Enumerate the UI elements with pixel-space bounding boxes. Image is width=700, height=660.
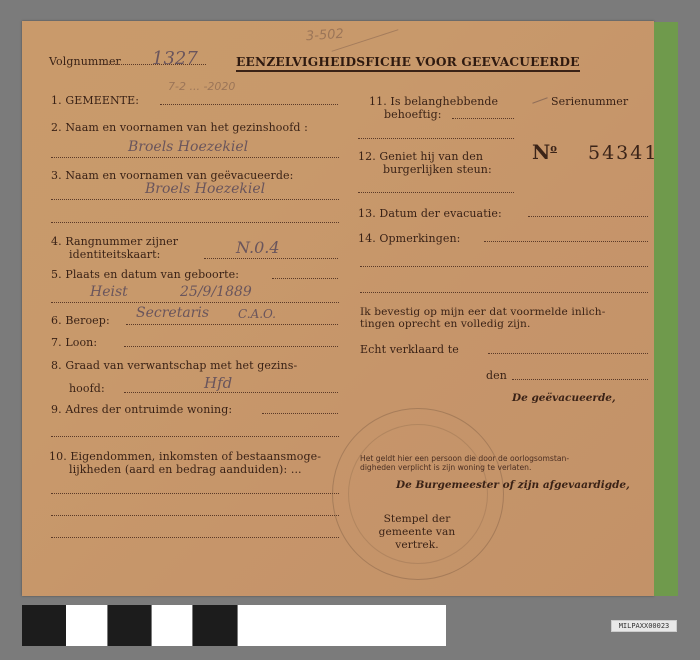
geboortedatum-value: 25/9/1889 (180, 284, 252, 300)
echt-verklaard-field[interactable] (488, 353, 648, 354)
adres-field[interactable] (262, 413, 338, 414)
behoeftig-field[interactable] (452, 118, 514, 119)
opmerkingen-label: Opmerkingen: (379, 232, 460, 245)
mayor-notice: Het geldt hier een persoon die door de o… (360, 454, 569, 472)
field-2-num: 2. (51, 121, 62, 134)
field-1-num: 1. (51, 94, 62, 107)
calibration-black-2 (108, 605, 151, 646)
field-11-num: 11. (369, 95, 387, 108)
beroep-label: Beroep: (65, 314, 109, 327)
field-6-num: 6. (51, 314, 62, 327)
verwantschap-field[interactable] (124, 392, 338, 393)
serienummer-label: Serienummer (551, 95, 628, 108)
verwantschap-value: Hfd (204, 374, 232, 392)
field-3-num: 3. (51, 169, 62, 182)
evacuatie-label: Datum der evacuatie: (379, 207, 501, 220)
field-9-num: 9. (51, 403, 62, 416)
calibration-white-2 (152, 605, 192, 646)
gezinshoofd-value: Broels Hoezekiel (128, 139, 248, 155)
eigendommen-field-line1[interactable] (51, 493, 339, 494)
field-7-num: 7. (51, 336, 62, 349)
calibration-white-3 (238, 605, 446, 646)
geboorte-field-line2[interactable] (51, 302, 339, 303)
stamp-caption: Stempel der gemeente van vertrek. (372, 513, 462, 552)
hoofd-label: hoofd: (69, 382, 105, 395)
den-label: den (486, 369, 507, 382)
number-symbol: No (532, 140, 557, 164)
field-13-num: 13. (358, 207, 376, 220)
beroep-field[interactable] (126, 324, 338, 325)
gezinshoofd-field[interactable] (51, 157, 339, 158)
field-10-num: 10. (49, 450, 67, 463)
identiteitskaart-value: N.0.4 (236, 238, 280, 257)
adres-label: Adres der ontruimde woning: (65, 403, 232, 416)
calibration-white-1 (66, 605, 107, 646)
identiteitskaart-label: identiteitskaart: (69, 248, 160, 261)
gemeente-field[interactable] (160, 104, 338, 105)
geevacueerde-signature-label: De geëvacueerde, (512, 392, 616, 404)
loon-label: Loon: (65, 336, 97, 349)
field-4-num: 4. (51, 235, 62, 248)
declaration-text: Ik bevestig op mijn eer dat voormelde in… (360, 306, 605, 330)
evacuatie-field[interactable] (528, 216, 648, 217)
field-8-num: 8. (51, 359, 62, 372)
volgnummer-value: 1327 (152, 48, 198, 69)
geevacueerde-field-line2[interactable] (51, 222, 339, 223)
behoeftig-label: Is belanghebbende (390, 95, 498, 108)
echt-verklaard-label: Echt verklaard te (360, 343, 459, 356)
green-edge-strip (654, 22, 678, 596)
geevacueerde-value: Broels Hoezekiel (145, 181, 265, 197)
serienummer-value: 54341 (588, 142, 658, 164)
eigendommen-field-line3[interactable] (51, 537, 339, 538)
opmerkingen-field-line3[interactable] (360, 292, 648, 293)
adres-field-line2[interactable] (51, 436, 339, 437)
archive-reference-label: MILPAXX00023 (611, 620, 677, 632)
calibration-black-1 (22, 605, 66, 646)
opmerkingen-field[interactable] (484, 241, 648, 242)
eigendommen-field-line2[interactable] (51, 515, 339, 516)
behoeftig-label-2: behoeftig: (384, 108, 442, 121)
eigendommen-label: Eigendommen, inkomsten of bestaansmoge- (70, 450, 321, 463)
field-12-num: 12. (358, 150, 376, 163)
volgnummer-label: Volgnummer (49, 55, 121, 68)
opmerkingen-field-line2[interactable] (360, 266, 648, 267)
den-field[interactable] (512, 379, 648, 380)
steun-field[interactable] (358, 192, 514, 193)
verwantschap-label: Graad van verwantschap met het gezins- (65, 359, 297, 372)
geboorteplaats-value: Heist (90, 284, 128, 300)
burgemeester-signature-label: De Burgemeester of zijn afgevaardigde, (396, 479, 630, 491)
loon-field[interactable] (124, 346, 338, 347)
geboorte-field[interactable] (272, 278, 338, 279)
archive-mark: 3-502 (306, 27, 345, 45)
gemeente-label: GEMEENTE: (65, 94, 139, 107)
beroep-value-2: C.A.O. (238, 307, 276, 321)
behoeftig-field-line2[interactable] (358, 138, 514, 139)
geevacueerde-field[interactable] (51, 199, 339, 200)
steun-label: Geniet hij van den (379, 150, 483, 163)
rangnummer-label: Rangnummer zijner (65, 235, 178, 248)
gezinshoofd-label: Naam en voornamen van het gezinshoofd : (65, 121, 308, 134)
form-title: EENZELVIGHEIDSFICHE VOOR GEEVACUEERDE (236, 55, 580, 72)
field-14-num: 14. (358, 232, 376, 245)
eigendommen-label-2: lijkheden (aard en bedrag aanduiden): ..… (69, 463, 302, 476)
steun-label-2: burgerlijken steun: (383, 163, 492, 176)
calibration-black-3 (193, 605, 237, 646)
pencil-note: 7-2 ... -2020 (168, 80, 235, 93)
field-5-num: 5. (51, 268, 62, 281)
identiteitskaart-field[interactable] (204, 258, 338, 259)
geboorte-label: Plaats en datum van geboorte: (65, 268, 239, 281)
beroep-value: Secretaris (136, 305, 209, 321)
